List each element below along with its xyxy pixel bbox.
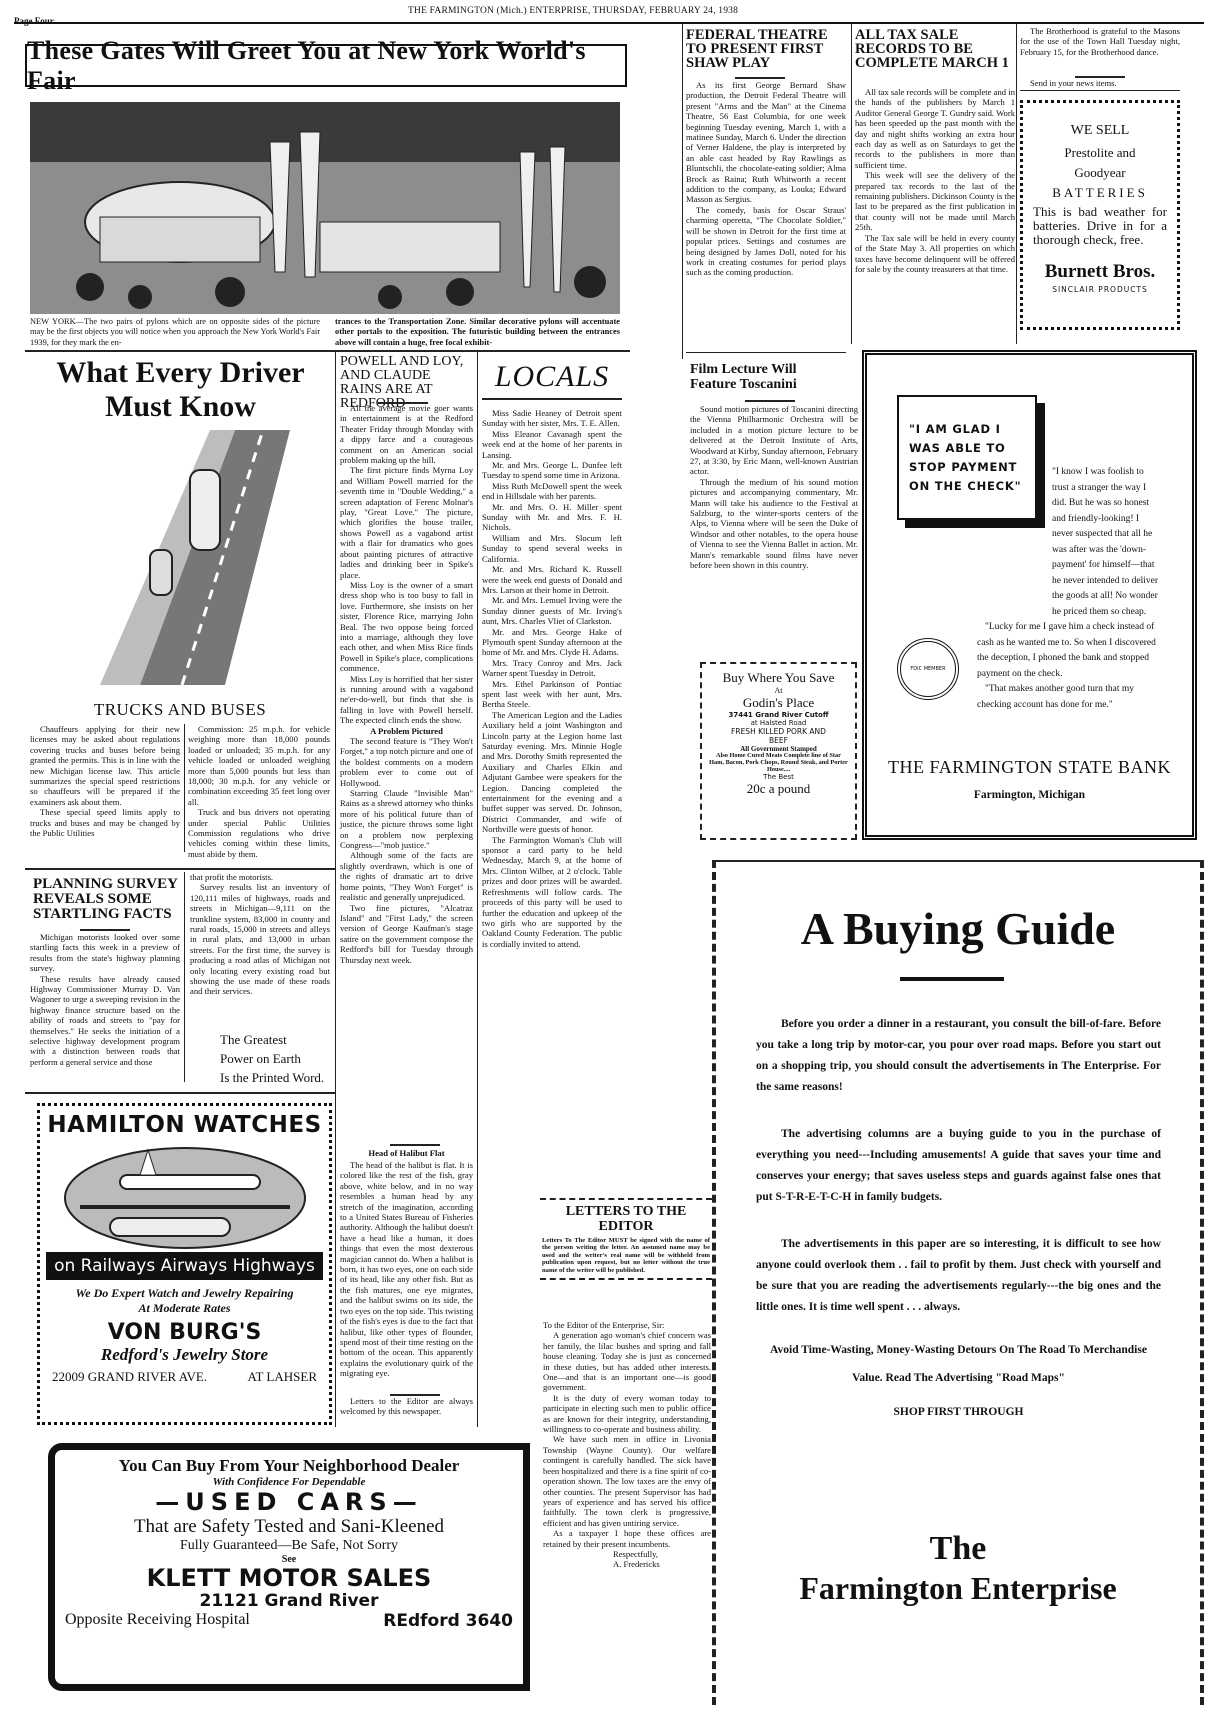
driver-col2-p2: Truck and bus drivers not operating unde… <box>188 807 330 859</box>
locals-item: Mrs. Ethel Parkinson of Pontiac spent la… <box>482 679 622 710</box>
halibut-headline: Head of Halibut Flat <box>340 1148 473 1158</box>
col-divider <box>184 872 185 1082</box>
klett-footer: Opposite Receiving Hospital REdford 3640 <box>55 1611 523 1631</box>
hamilton-line1: We Do Expert Watch and Jewelry Repairing <box>46 1286 323 1301</box>
locals-item: Miss Sadie Heaney of Detroit spent Sunda… <box>482 408 622 429</box>
buying-guide-ad: A Buying Guide Before you order a dinner… <box>712 860 1204 1705</box>
burnett-name: Burnett Bros. <box>1033 261 1167 283</box>
divider <box>25 868 335 870</box>
buying-guide-body: Before you order a dinner in a restauran… <box>756 1014 1161 1423</box>
filler-line: Is the Printed Word. <box>220 1068 324 1087</box>
powell-p4: Miss Loy is horrified that her sister is… <box>340 674 473 726</box>
filler-line: Power on Earth <box>220 1049 324 1068</box>
letter-p2: It is the duty of every woman today to p… <box>543 1393 711 1435</box>
transport-illustration <box>60 1140 310 1250</box>
federal-theatre-body: As its first George Bernard Shaw product… <box>686 80 846 278</box>
locals-banner: LOCALS <box>482 355 622 400</box>
letter-p1: A generation ago woman's chief concern w… <box>543 1330 711 1392</box>
klett-landmark: Opposite Receiving Hospital <box>65 1611 250 1631</box>
tax-sale-p1: All tax sale records will be complete an… <box>855 87 1015 170</box>
planning-col1: Michigan motorists looked over some star… <box>30 932 180 1067</box>
driver-headline-line1: What Every Driver <box>28 356 333 390</box>
locals-item: The Farmington Woman's Club will sponsor… <box>482 835 622 949</box>
worlds-fair-headline-box: These Gates Will Greet You at New York W… <box>25 44 627 87</box>
burnett-line1: WE SELL <box>1033 123 1167 139</box>
col-divider <box>477 352 478 1427</box>
bank-quote-2: "Lucky for me I gave him a check instead… <box>977 620 1162 682</box>
von-burgs-tagline: Redford's Jewelry Store <box>46 1345 323 1365</box>
klett-used-cars: —USED CARS— <box>55 1488 523 1516</box>
powell-p8: Two fine pictures, "Alcatraz Island" and… <box>340 903 473 965</box>
driver-col1: Chauffeurs applying for their new licens… <box>30 724 180 838</box>
letter-body: To the Editor of the Enterprise, Sir: A … <box>543 1320 711 1570</box>
filler-line: The Greatest <box>220 1030 324 1049</box>
worlds-fair-headline: These Gates Will Greet You at New York W… <box>27 36 625 96</box>
godin-line1: Buy Where You Save <box>702 670 855 686</box>
highway-illustration <box>60 430 305 685</box>
locals-item: Mrs. Tracy Conroy and Mrs. Jack Warner s… <box>482 658 622 679</box>
burnett-sub: SINCLAIR PRODUCTS <box>1033 285 1167 294</box>
col-divider <box>184 724 185 852</box>
printed-word-filler: The Greatest Power on Earth Is the Print… <box>220 1030 324 1087</box>
shop-first-through: SHOP FIRST THROUGH <box>756 1402 1161 1423</box>
burnett-line4: BATTERIES <box>1033 185 1167 201</box>
col-divider <box>1016 24 1017 344</box>
buying-guide-p4: Avoid Time-Wasting, Money-Wasting Detour… <box>756 1336 1161 1392</box>
address-cross: AT LAHSER <box>248 1369 317 1385</box>
buying-guide-p1: Before you order a dinner in a restauran… <box>756 1014 1161 1098</box>
divider <box>80 929 130 931</box>
bank-location: Farmington, Michigan <box>867 789 1192 801</box>
letters-header-box: LETTERS TO THE EDITOR Letters To The Edi… <box>540 1198 712 1280</box>
halibut-body: The head of the halibut is flat. It is c… <box>340 1160 473 1379</box>
powell-p6: Starring Claude "Invisible Man" Rains as… <box>340 788 473 850</box>
driver-headline-line2: Must Know <box>28 390 333 424</box>
godins-place-ad: Buy Where You Save At Godin's Place 3744… <box>700 662 857 840</box>
planning-col2: that profit the motorists. Survey result… <box>190 872 330 997</box>
letter-closing: Respectfully, <box>543 1549 711 1559</box>
page-label: Page Four <box>14 16 54 26</box>
trucks-buses-subhead: TRUCKS AND BUSES <box>30 700 330 720</box>
news-items-notice: Send in your news items. <box>1030 78 1117 88</box>
fair-gate-illustration-icon <box>30 102 620 314</box>
burnett-line2: Prestolite and <box>1033 145 1167 161</box>
locals-item: The American Legion and the Ladies Auxil… <box>482 710 622 835</box>
federal-theatre-p1: As its first George Bernard Shaw product… <box>686 80 846 205</box>
klett-line2: With Confidence For Dependable <box>55 1476 523 1488</box>
letter-signature: A. Fredericks <box>543 1559 711 1569</box>
planning-col1-p2: These results have already caused Highwa… <box>30 974 180 1068</box>
fdic-seal-icon: FDIC MEMBER <box>897 638 959 700</box>
klett-address: 21121 Grand River <box>55 1591 523 1611</box>
federal-theatre-p2: The comedy, basis for Oscar Straus' char… <box>686 205 846 278</box>
highway-cars-icon <box>60 430 305 685</box>
enterprise-name: Farmington Enterprise <box>716 1570 1200 1607</box>
powell-p5: The second feature is "They Won't Forget… <box>340 736 473 788</box>
divider <box>390 1144 440 1146</box>
buying-guide-p3: The advertisements in this paper are so … <box>756 1234 1161 1318</box>
divider <box>745 400 795 402</box>
locals-item: Mr. and Mrs. O. H. Miller spent Sunday w… <box>482 502 622 533</box>
paper-dateline: THE FARMINGTON (Mich.) ENTERPRISE, THURS… <box>408 6 738 16</box>
powell-p2: The first picture finds Myrna Loy and Wi… <box>340 465 473 579</box>
godin-line3: FRESH KILLED PORK AND BEEF <box>702 727 855 745</box>
seal-label: FDIC MEMBER <box>910 666 945 672</box>
tax-sale-body: All tax sale records will be complete an… <box>855 87 1015 274</box>
tax-sale-p3: The Tax sale will be held in every count… <box>855 233 1015 275</box>
locals-item: Mr. and Mrs. George L. Dunfee left Tuesd… <box>482 460 622 481</box>
locals-item: Mr. and Mrs. Lemuel Irving were the Sund… <box>482 595 622 626</box>
godin-address1: 37441 Grand River Cutoff <box>702 711 855 719</box>
klett-line1: You Can Buy From Your Neighborhood Deale… <box>55 1456 523 1476</box>
hamilton-watches-ad: HAMILTON WATCHES on Railways Airways Hig… <box>37 1103 332 1425</box>
buying-guide-p2: The advertising columns are a buying gui… <box>756 1124 1161 1208</box>
bank-name: THE FARMINGTON STATE BANK <box>867 757 1192 778</box>
klett-line5: Fully Guaranteed—Be Safe, Not Sorry <box>55 1538 523 1554</box>
locals-title: LOCALS <box>495 360 609 394</box>
locals-item: Mr. and Mrs. Richard K. Russell were the… <box>482 564 622 595</box>
planning-col2-p2: Survey results list an inventory of 120,… <box>190 882 330 996</box>
burnett-line3: Goodyear <box>1033 165 1167 181</box>
von-burgs-address: 22009 GRAND RIVER AVE. AT LAHSER <box>46 1369 323 1385</box>
godin-name: Godin's Place <box>702 695 855 711</box>
godin-line6: The Best <box>702 773 855 781</box>
tax-sale-p2: This week will see the delivery of the p… <box>855 170 1015 232</box>
divider <box>25 1092 335 1094</box>
godin-line2: At <box>702 686 855 695</box>
film-lecture-headline: Film Lecture Will Feature Toscanini <box>690 362 840 392</box>
tax-sale-headline: ALL TAX SALE RECORDS TO BE COMPLETE MARC… <box>855 28 1020 70</box>
divider <box>1020 90 1180 91</box>
klett-motor-ad: You Can Buy From Your Neighborhood Deale… <box>48 1443 530 1691</box>
powell-article: All the average movie goer wants in ente… <box>340 403 473 965</box>
worlds-fair-caption-2: trances to the Transportation Zone. Simi… <box>335 317 620 348</box>
planning-col1-p1: Michigan motorists looked over some star… <box>30 932 180 974</box>
godin-price: 20c a pound <box>702 781 855 797</box>
powell-p3: Miss Loy is the owner of a smart dress s… <box>340 580 473 674</box>
farmington-state-bank-ad: "I AM GLAD I WAS ABLE TO STOP PAYMENT ON… <box>862 350 1197 840</box>
driver-col1-p1: Chauffeurs applying for their new licens… <box>30 724 180 807</box>
powell-p1: All the average movie goer wants in ente… <box>340 403 473 465</box>
bank-quote: "I know I was foolish to trust a strange… <box>977 465 1162 713</box>
divider <box>735 77 785 79</box>
buying-guide-title: A Buying Guide <box>716 902 1200 955</box>
masthead-rule <box>14 22 1204 24</box>
locals-item: William and Mrs. Slocum left Sunday to s… <box>482 533 622 564</box>
title-rule <box>900 977 1004 981</box>
planning-col2-p1: that profit the motorists. <box>190 872 330 882</box>
federal-theatre-headline: FEDERAL THEATRE TO PRESENT FIRST SHAW PL… <box>686 28 836 70</box>
divider <box>25 350 630 352</box>
klett-dealer-name: KLETT MOTOR SALES <box>55 1565 523 1591</box>
divider <box>686 352 846 353</box>
enterprise-the: The <box>716 1530 1200 1568</box>
planning-headline: PLANNING SURVEY REVEALS SOME STARTLING F… <box>33 877 178 922</box>
driver-col1-p2: These special speed limits apply to truc… <box>30 807 180 838</box>
brotherhood-notice: The Brotherhood is grateful to the Mason… <box>1020 26 1180 57</box>
burnett-bros-ad: WE SELL Prestolite and Goodyear BATTERIE… <box>1020 100 1180 330</box>
driver-col2-p1: Commission: 25 m.p.h. for vehicle weighi… <box>188 724 330 807</box>
worlds-fair-photo <box>30 102 620 314</box>
driver-col2: Commission: 25 m.p.h. for vehicle weighi… <box>188 724 330 859</box>
von-burgs-name: VON BURG'S <box>46 1320 323 1345</box>
locals-item: Miss Eleanor Cavanagh spent the week end… <box>482 429 622 460</box>
locals-item: Miss Ruth McDowell spent the week end in… <box>482 481 622 502</box>
klett-phone: REdford 3640 <box>383 1611 513 1631</box>
letters-headline: LETTERS TO THE EDITOR <box>542 1204 710 1234</box>
klett-line4: That are Safety Tested and Sani-Kleened <box>55 1516 523 1538</box>
address-street: 22009 GRAND RIVER AVE. <box>52 1369 207 1385</box>
col-divider <box>682 24 683 359</box>
godin-address2: at Halsted Road <box>702 719 855 727</box>
powell-p7: Although some of the facts are slightly … <box>340 850 473 902</box>
airplane-train-icon <box>60 1140 310 1250</box>
worlds-fair-caption-1: NEW YORK—The two pairs of pylons which a… <box>30 317 320 348</box>
letters-welcome-note: Letters to the Editor are always welcome… <box>340 1396 473 1417</box>
driver-headline: What Every Driver Must Know <box>28 356 333 424</box>
godin-line5: Also Home Cured Meats Complete line of S… <box>702 753 855 773</box>
locals-list: Miss Sadie Heaney of Detroit spent Sunda… <box>482 408 622 949</box>
film-lecture-p1: Sound motion pictures of Toscanini direc… <box>690 404 858 477</box>
letter-p3: We have such men in office in Livonia To… <box>543 1434 711 1528</box>
locals-item: Mr. and Mrs. George Hake of Plymouth spe… <box>482 627 622 658</box>
hamilton-brand: HAMILTON WATCHES <box>46 1112 323 1138</box>
bank-quote-3: "That makes another good turn that my ch… <box>977 682 1162 713</box>
col-divider <box>335 352 336 1427</box>
letters-notice: Letters To The Editor MUST be signed wit… <box>542 1237 710 1274</box>
letter-p4: As a taxpayer I hope these offices are r… <box>543 1528 711 1549</box>
film-lecture-body: Sound motion pictures of Toscanini direc… <box>690 404 858 571</box>
hamilton-banner: on Railways Airways Highways <box>46 1252 323 1280</box>
film-lecture-p2: Through the medium of his sound motion p… <box>690 477 858 571</box>
letter-salutation: To the Editor of the Enterprise, Sir: <box>543 1320 711 1330</box>
bank-quote-1: "I know I was foolish to trust a strange… <box>977 465 1162 620</box>
burnett-line5: This is bad weather for batteries. Drive… <box>1033 205 1167 247</box>
powell-subhead: A Problem Pictured <box>340 726 473 736</box>
col-divider <box>851 24 852 344</box>
hamilton-line2: At Moderate Rates <box>46 1301 323 1316</box>
